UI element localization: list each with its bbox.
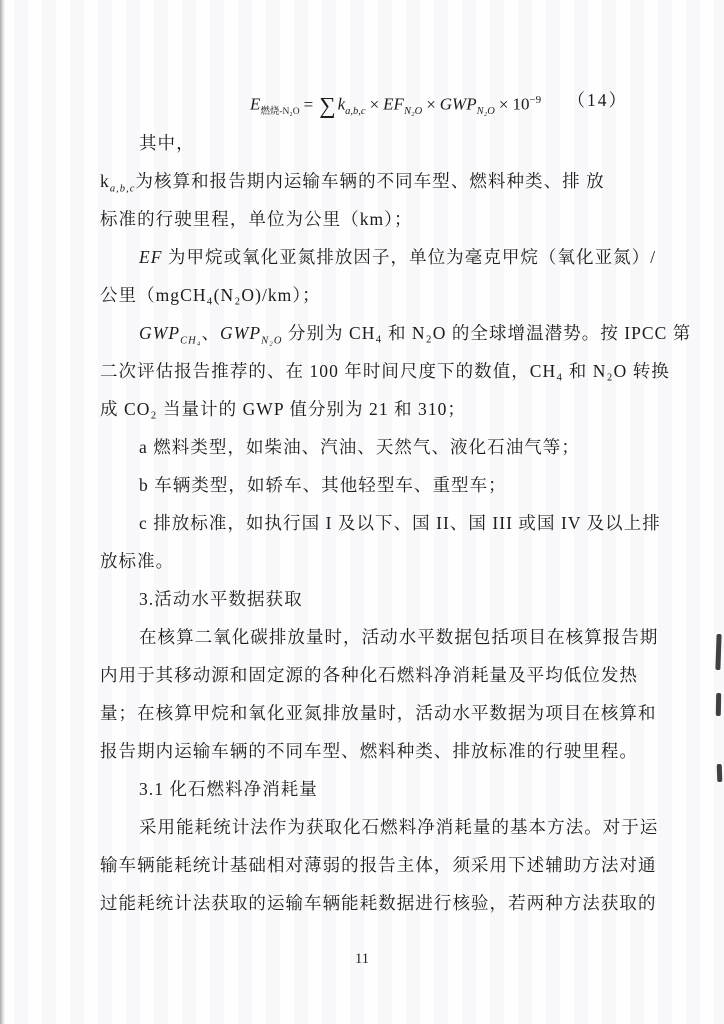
equation-14: E燃烧-N₂O=∑ka,b,c×EFN₂O×GWPN₂O×10−9 （14） — [100, 76, 628, 124]
summation-symbol: ∑ — [317, 93, 337, 118]
body-line: 放标准。 — [100, 542, 628, 580]
body-line-gwp-definition: GWPCH₄、GWPN₂O 分别为 CH₄ 和 N₂O 的全球增温潜势。按 IP… — [100, 314, 628, 352]
body-line-item-b: b 车辆类型，如轿车、其他轻型车、重型车； — [100, 466, 628, 504]
body-line: 输车辆能耗统计基础相对薄弱的报告主体，须采用下述辅助方法对通 — [100, 846, 628, 884]
section-heading-3-1: 3.1 化石燃料净消耗量 — [100, 770, 628, 808]
body-line: 在核算二氧化碳排放量时，活动水平数据包括项目在核算报告期 — [100, 618, 628, 656]
body-line-item-c: c 排放标准，如执行国 I 及以下、国 II、国 III 或国 IV 及以上排 — [100, 504, 628, 542]
body-line: 量；在核算甲烷和氧化亚氮排放量时，活动水平数据为项目在核算和 — [100, 694, 628, 732]
document-page: E燃烧-N₂O=∑ka,b,c×EFN₂O×GWPN₂O×10−9 （14） 其… — [0, 0, 724, 1024]
body-line: 报告期内运输车辆的不同车型、燃料种类、排放标准的行驶里程。 — [100, 732, 628, 770]
body-line-ef-definition: EF 为甲烷或氧化亚氮排放因子，单位为毫克甲烷（氧化亚氮）/ — [100, 238, 628, 276]
body-line: 成 CO₂ 当量计的 GWP 值分别为 21 和 310； — [100, 390, 628, 428]
body-line-item-a: a 燃料类型，如柴油、汽油、天然气、液化石油气等； — [100, 428, 628, 466]
section-heading-3: 3.活动水平数据获取 — [100, 580, 628, 618]
body-line: 二次评估报告推荐的、在 100 年时间尺度下的数值，CH₄ 和 N₂O 转换 — [100, 352, 628, 390]
scan-ink-mark — [717, 764, 723, 782]
equation-expression: E燃烧-N₂O=∑ka,b,c×EFN₂O×GWPN₂O×10−9 — [250, 76, 541, 136]
equation-number: （14） — [568, 76, 629, 124]
body-line: 内用于其移动源和固定源的各种化石燃料净消耗量及平均低位发热 — [100, 656, 628, 694]
scan-ink-mark — [715, 634, 721, 670]
body-line: 公里（mgCH₄(N₂O)/km）； — [100, 276, 628, 314]
page-body: E燃烧-N₂O=∑ka,b,c×EFN₂O×GWPN₂O×10−9 （14） 其… — [100, 76, 628, 922]
scan-edge-artifact — [0, 0, 5, 1024]
page-number: 11 — [0, 951, 724, 968]
body-line: 过能耗统计法获取的运输车辆能耗数据进行核验，若两种方法获取的 — [100, 884, 628, 922]
body-line: 采用能耗统计法作为获取化石燃料净消耗量的基本方法。对于运 — [100, 808, 628, 846]
body-line-k-definition: ka,b,c为核算和报告期内运输车辆的不同车型、燃料种类、排 放 — [100, 162, 628, 200]
body-line: 标准的行驶里程，单位为公里（km）； — [100, 200, 628, 238]
scan-ink-mark — [716, 693, 721, 716]
